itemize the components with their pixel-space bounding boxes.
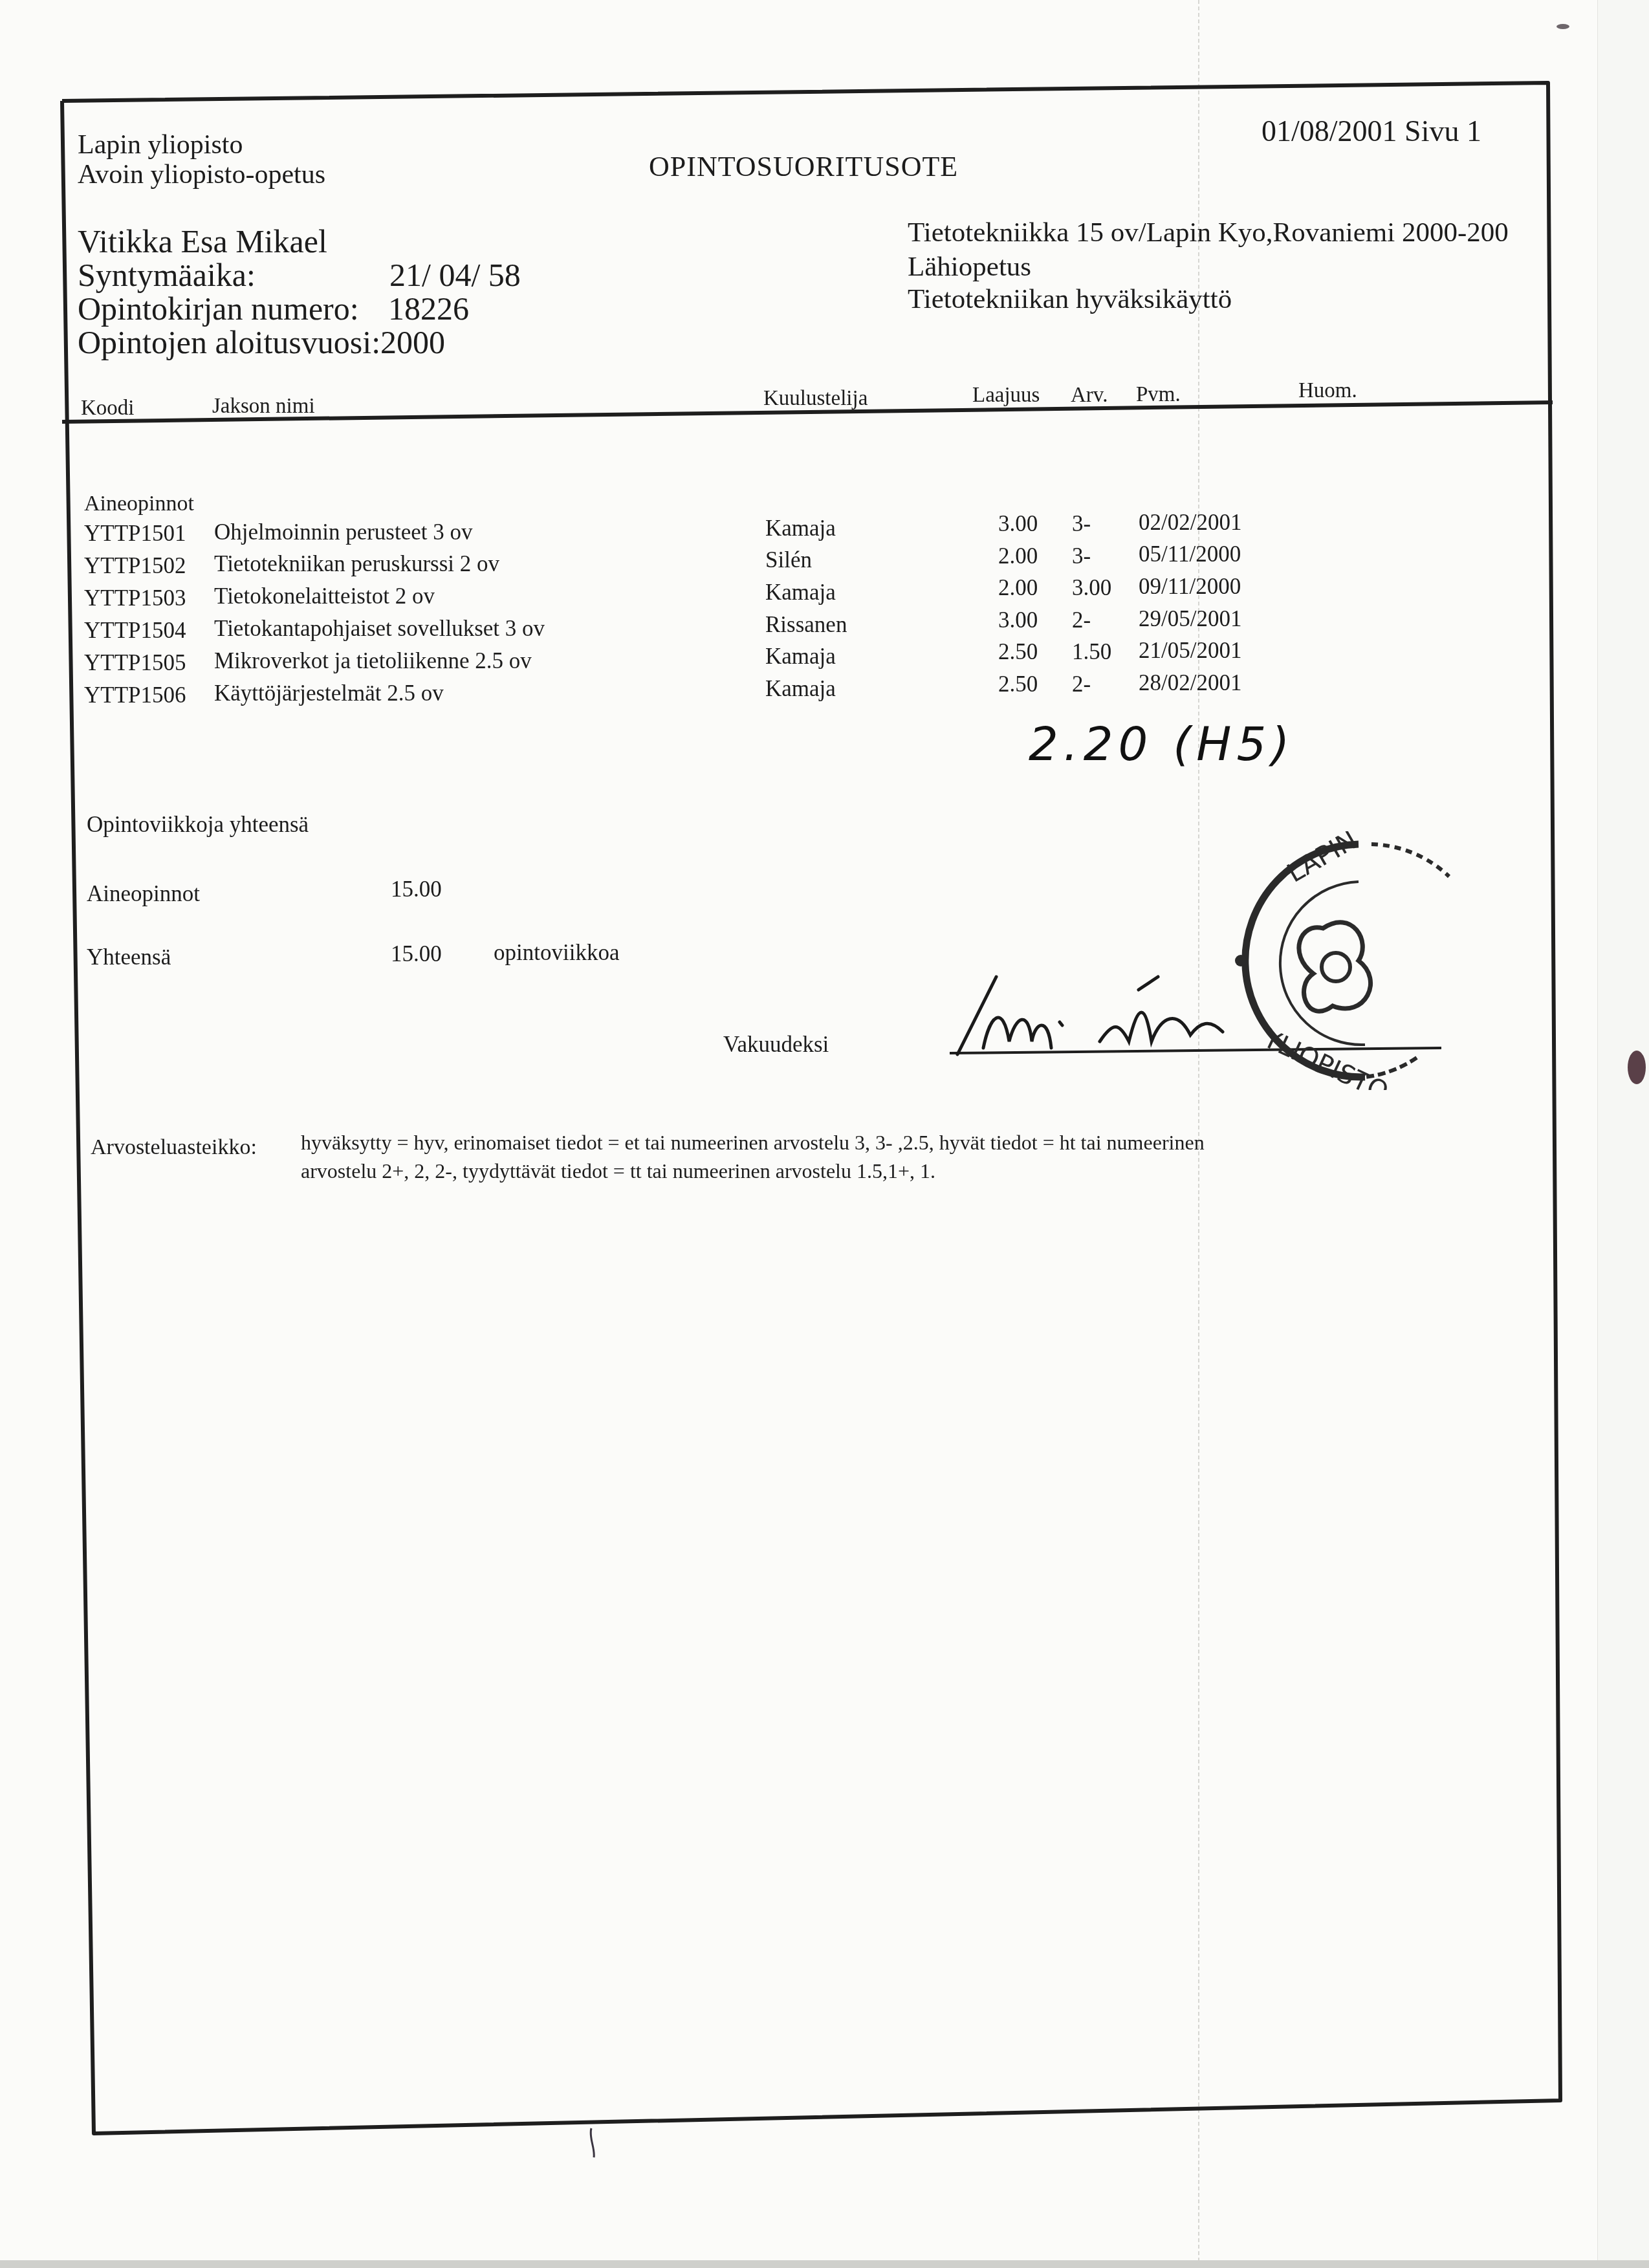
- course-date: 21/05/2001: [1139, 638, 1241, 664]
- total-value: 15.00: [391, 941, 442, 967]
- stamp-top-text: LAPIN: [1282, 831, 1362, 889]
- course-date: 29/05/2001: [1139, 606, 1241, 632]
- institution-name: Lapin yliopisto: [78, 129, 243, 160]
- column-header-credits: Laajuus: [972, 384, 1040, 408]
- course-code: YTTP1501: [84, 521, 186, 547]
- course-code: YTTP1506: [84, 682, 186, 708]
- course-name: Mikroverkot ja tietoliikenne 2.5 ov: [214, 648, 532, 674]
- department-name: Avoin yliopisto-opetus: [78, 159, 325, 190]
- program-name: Tietotekniikka 15 ov/Lapin Kyo,Rovaniemi…: [908, 217, 1509, 248]
- birth-date-label: Syntymäaika:: [78, 256, 256, 294]
- course-date: 09/11/2000: [1139, 574, 1241, 600]
- course-grade: 3-: [1072, 511, 1091, 537]
- course-date: 28/02/2001: [1139, 670, 1241, 696]
- section-heading: Aineopinnot: [84, 492, 194, 516]
- print-date-page: 01/08/2001 Sivu 1: [1261, 114, 1481, 148]
- course-examiner: Silén: [765, 547, 812, 573]
- teaching-mode: Lähiopetus: [908, 251, 1031, 283]
- course-code: YTTP1505: [84, 650, 186, 676]
- course-date: 05/11/2000: [1139, 541, 1241, 567]
- course-examiner: Kamaja: [765, 644, 836, 670]
- course-credits: 3.00: [998, 511, 1038, 537]
- course-code: YTTP1504: [84, 618, 186, 644]
- record-number-value: 18226: [388, 290, 469, 327]
- column-header-code: Koodi: [81, 397, 135, 420]
- course-code: YTTP1502: [84, 553, 186, 579]
- course-grade: 2-: [1072, 607, 1091, 633]
- start-year: Opintojen aloitusvuosi:2000: [78, 323, 445, 361]
- start-year-label: Opintojen aloitusvuosi:: [78, 324, 380, 360]
- column-header-grade: Arv.: [1071, 384, 1108, 408]
- course-credits: 2.50: [998, 639, 1038, 665]
- document-title: OPINTOSUORITUSOTE: [649, 150, 958, 183]
- course-code: YTTP1503: [84, 585, 186, 611]
- column-header-course: Jakson nimi: [212, 395, 315, 419]
- course-grade: 2-: [1072, 671, 1091, 697]
- grading-scale-line-2: arvostelu 2+, 2, 2-, tyydyttävät tiedot …: [301, 1159, 935, 1183]
- record-number-label: Opintokirjan numero:: [78, 290, 359, 327]
- university-stamp-icon: LAPIN YLIOPISTO: [1203, 831, 1475, 1090]
- stamp-bottom-text: YLIOPISTO: [1258, 1023, 1393, 1090]
- course-credits: 3.00: [998, 607, 1038, 633]
- column-header-notes: Huom.: [1298, 379, 1357, 403]
- subject-studies-value: 15.00: [391, 877, 442, 902]
- grading-scale-label: Arvosteluasteikko:: [91, 1135, 257, 1160]
- course-examiner: Kamaja: [765, 516, 836, 541]
- course-grade: 1.50: [1072, 639, 1111, 665]
- course-examiner: Kamaja: [765, 580, 836, 605]
- course-credits: 2.50: [998, 671, 1038, 697]
- course-examiner: Kamaja: [765, 676, 836, 702]
- column-header-examiner: Kuulustelija: [763, 387, 868, 411]
- start-year-value: 2000: [380, 324, 445, 360]
- subject-studies-label: Aineopinnot: [87, 881, 200, 907]
- course-name: Tietokantapohjaiset sovellukset 3 ov: [214, 616, 545, 642]
- handwritten-average-note: 2.20 (H5): [1029, 717, 1294, 771]
- course-grade: 3.00: [1072, 575, 1111, 601]
- birth-date-value: 21/ 04/ 58: [389, 256, 521, 294]
- program-specialization: Tietotekniikan hyväksikäyttö: [908, 283, 1232, 315]
- course-name: Tietokonelaitteistot 2 ov: [214, 583, 435, 609]
- course-date: 02/02/2001: [1139, 510, 1241, 536]
- course-credits: 2.00: [998, 543, 1038, 569]
- course-name: Ohjelmoinnin perusteet 3 ov: [214, 519, 473, 545]
- totals-heading: Opintoviikkoja yhteensä: [87, 812, 309, 838]
- course-name: Tietotekniikan peruskurssi 2 ov: [214, 551, 499, 577]
- course-grade: 3-: [1072, 543, 1091, 569]
- total-label: Yhteensä: [87, 944, 171, 970]
- total-unit: opintoviikkoa: [494, 940, 619, 966]
- grading-scale-line-1: hyväksytty = hyv, erinomaiset tiedot = e…: [301, 1131, 1205, 1155]
- course-examiner: Rissanen: [765, 612, 847, 638]
- course-name: Käyttöjärjestelmät 2.5 ov: [214, 681, 444, 706]
- student-name: Vitikka Esa Mikael: [78, 223, 327, 260]
- course-credits: 2.00: [998, 575, 1038, 601]
- column-header-date: Pvm.: [1136, 383, 1181, 407]
- certification-label: Vakuudeksi: [723, 1032, 829, 1058]
